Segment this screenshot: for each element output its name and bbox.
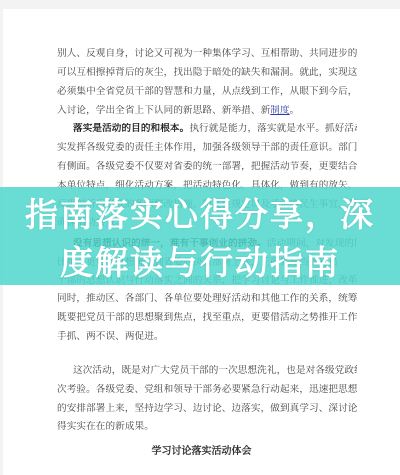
paragraph-1-line-4: 入讨论，学出全省上下认同的新思路、新举措、新制度。 <box>57 105 357 117</box>
paragraph-2-line-2: 实发挥各级党委的责任主体作用，加强各级领导干部的责任意识。部门各有所司，行业各 <box>57 142 357 154</box>
paragraph-3-line-4: 同时，推动区、各部门、各单位要处理好活动和其他工作的关系，统筹安排、齐头并进， <box>57 293 357 305</box>
paragraph-2-lead: 落实是活动的目的和根本。 <box>73 123 189 134</box>
paragraph-4-line-2: 次考验。各级党委、党组和领导干部务必要紧急行动起来，迅速把思想和行动统一到省委 <box>57 384 357 396</box>
paragraph-4-line-1: 这次活动，既是对广大党员干部的一次思想洗礼，也是对各级党政组织和干部能力的一 <box>73 365 357 377</box>
paragraph-2-line-3: 有侧面。各级党委不仅要对省委的统一部署，把握活动节奏，更要结合本地区、本部门、 <box>57 161 357 173</box>
paragraph-3-line-6: 手抓、两不误、两促进。 <box>57 331 357 343</box>
paragraph-3-line-5: 既要把党员干部的思想聚到焦点，找至重点，更要借活动之势推开工作的新局面，做到两 <box>57 312 357 324</box>
paragraph-2-line-1-text: 执行就是能力，落实就是水平。抓好活动落实，首先要切 <box>189 123 357 134</box>
paragraph-4-line-3: 的安排部署上来，坚持边学习、边讨论、边落实，做到真学习、深讨论、严落实，力求取 <box>57 403 357 415</box>
document-caption: 学习讨论落实活动体会 <box>3 442 400 457</box>
paragraph-1-end: 。 <box>290 105 300 116</box>
paragraph-1-line-3: 必须集中全省党员干部的智慧和力量，从点线到工作，从眼下到今后，全方位、立体化深 <box>57 86 357 98</box>
title-banner: 指南落实心得分享，深 度解读与行动指南 <box>0 187 400 285</box>
paragraph-2-line-1: 落实是活动的目的和根本。执行就是能力，落实就是水平。抓好活动落实，首先要切 <box>73 123 357 135</box>
paragraph-1-line-4-text: 入讨论，学出全省上下认同的新思路、新举措、新 <box>57 105 270 116</box>
link-zhidu[interactable]: 制度 <box>270 105 289 116</box>
paragraph-1-line-1: 别人、反观自身，讨论又可视为一种集体学习、互相帮助、共同进步的过程。通过讨论， <box>57 48 357 60</box>
banner-title-line-1: 指南落实心得分享，深 <box>0 195 400 235</box>
banner-title-line-2: 度解读与行动指南 <box>0 243 400 283</box>
paragraph-4-line-4: 得实实在在的新成果。 <box>57 421 357 433</box>
paragraph-1-line-2: 可以互相擦掉背后的灰尘，找出隐于暗处的缺失和漏洞。就此，实现这次活动的目标任务， <box>57 67 357 79</box>
